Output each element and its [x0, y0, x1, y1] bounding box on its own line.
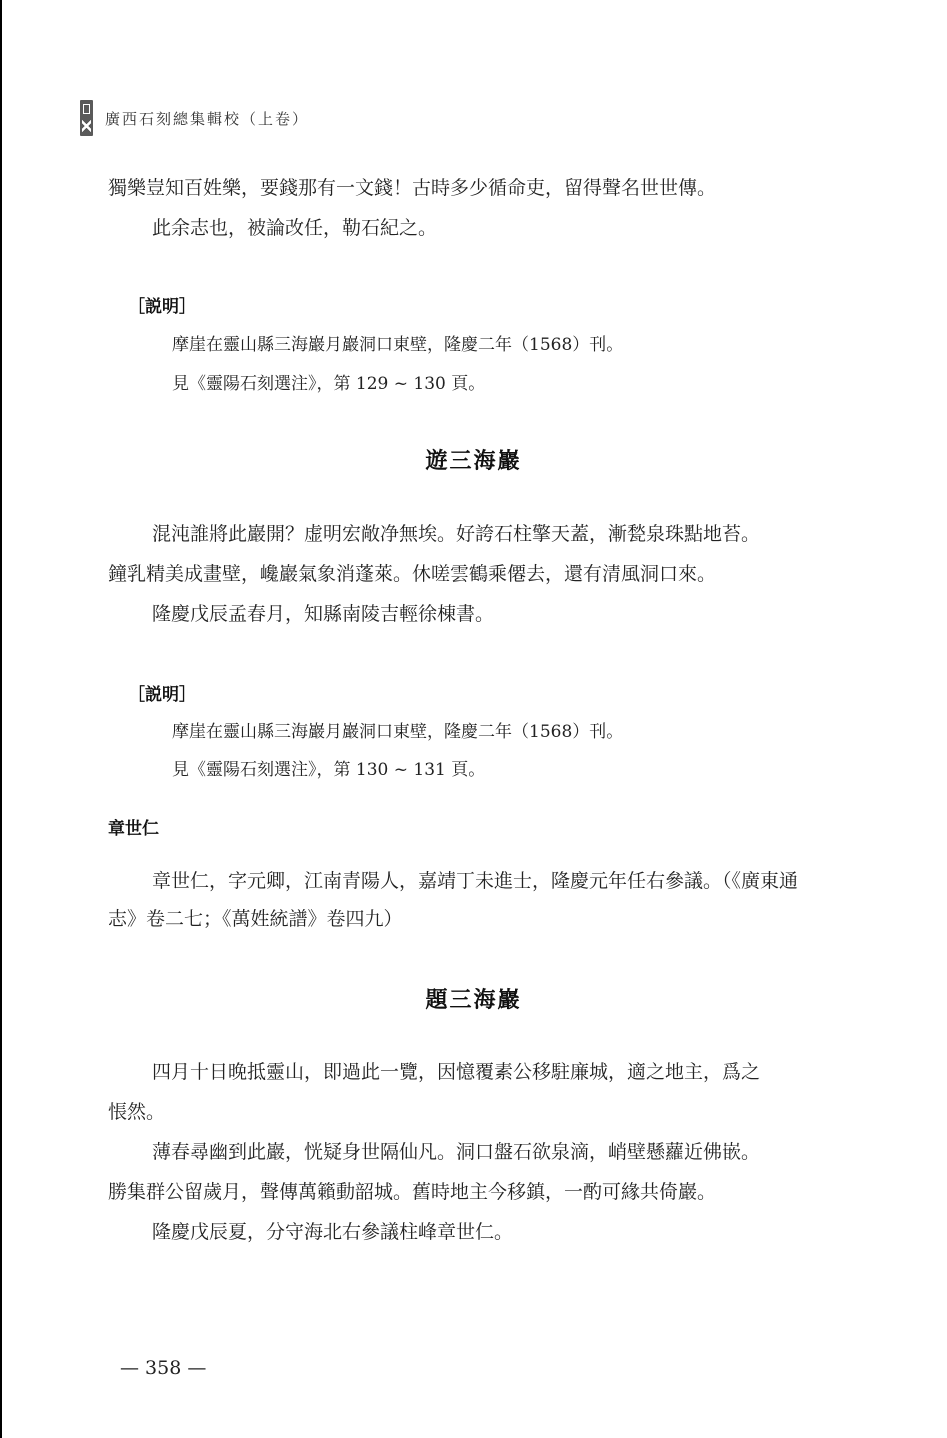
note-line: 見《靈陽石刻選注》，第 129 ~ 130 頁。 [172, 369, 485, 394]
colophon-line: 此余志也，被論改任，勒石紀之。 [152, 216, 437, 240]
poem-line: 勝集群公留歲月，聲傳萬籟動韶城。舊時地主今移鎮，一酌可緣共倚巖。 [108, 1180, 716, 1204]
note-line: 摩崖在靈山縣三海巖月巖洞口東壁，隆慶二年（1568）刊。 [172, 717, 623, 742]
note-line: 見《靈陽石刻選注》，第 130 ~ 131 頁。 [172, 755, 485, 780]
note-label: ［説明］ [128, 680, 196, 705]
poem-line: 鐘乳精美成畫壁，巉巖氣象消蓬萊。休嗟雲鶴乘僊去，還有清風洞口來。 [108, 562, 716, 586]
note-line: 摩崖在靈山縣三海巖月巖洞口東壁，隆慶二年（1568）刊。 [172, 330, 623, 355]
preface-line: 四月十日晚抵靈山，即過此一覽，因憶覆素公移駐廉城，適之地主，爲之 [152, 1060, 760, 1084]
colophon-line: 隆慶戊辰夏，分守海北右參議柱峰章世仁。 [152, 1220, 513, 1244]
poem-line: 混沌誰將此巖開？虚明宏敞净無埃。好誇石柱擎天蓋，漸甃泉珠點地苔。 [152, 522, 760, 546]
note-label: ［説明］ [128, 292, 196, 317]
poem-line: 薄春尋幽到此巖，恍疑身世隔仙凡。洞口盤石欲泉滴，峭壁懸蘿近佛嵌。 [152, 1140, 760, 1164]
author-bio-line: 章世仁，字元卿，江南青陽人，嘉靖丁未進士，隆慶元年任右參議。（《廣東通 [152, 869, 798, 893]
page-left-edge [0, 0, 2, 1438]
section-title: 遊三海巖 [0, 444, 947, 475]
author-bio-line: 志》卷二七；《萬姓統譜》卷四九） [108, 907, 403, 931]
colophon-line: 隆慶戊辰孟春月，知縣南陵吉輕徐棟書。 [152, 602, 494, 626]
author-heading: 章世仁 [108, 814, 159, 839]
preface-line: 悵然。 [108, 1100, 165, 1124]
page-number: — 358 — [120, 1357, 206, 1379]
section-title: 題三海巖 [0, 983, 947, 1014]
seal-icon [80, 100, 93, 136]
book-title: 廣西石刻總集輯校（上卷） [105, 108, 309, 129]
running-head: 廣西石刻總集輯校（上卷） [80, 100, 309, 136]
poem-line: 獨樂豈知百姓樂，要錢那有一文錢！古時多少循命吏，留得聲名世世傳。 [108, 176, 716, 200]
